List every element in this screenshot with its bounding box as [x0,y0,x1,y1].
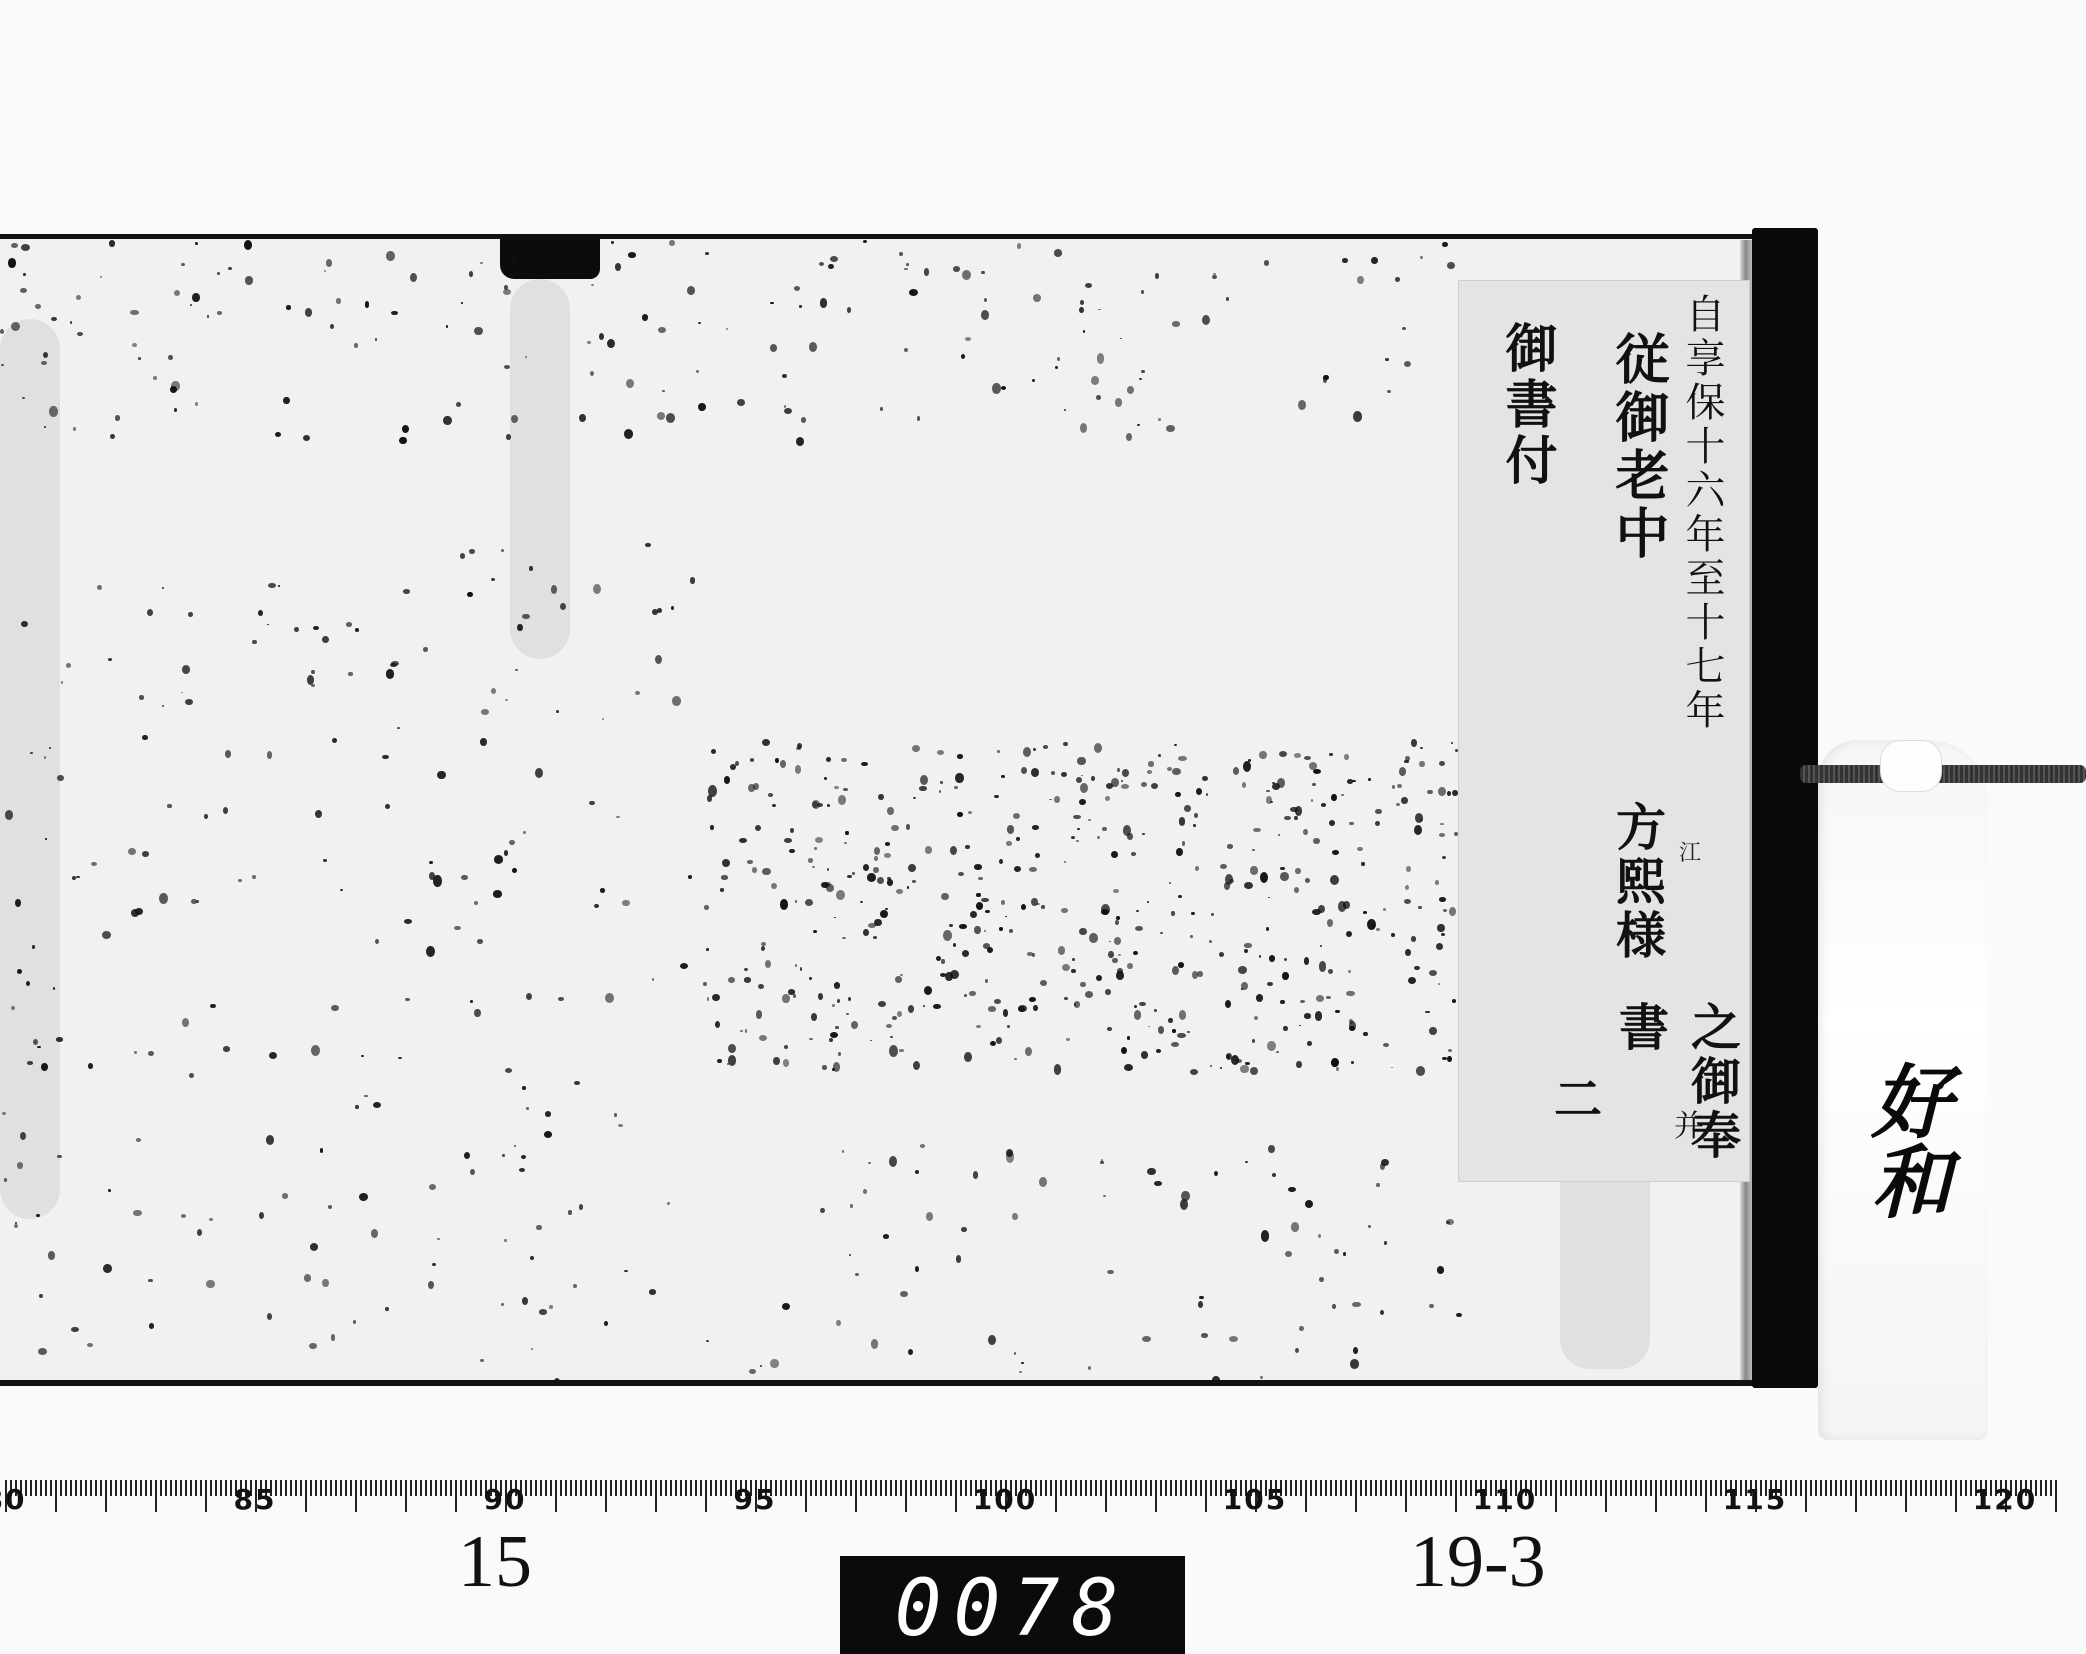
title-line-recipient: 方熙様 [1601,801,1673,963]
ruler-tick [1560,1480,1562,1496]
ruler-tick [1895,1480,1897,1496]
ruler-tick [560,1480,562,1496]
ruler-tick [1965,1480,1967,1496]
ruler-tick [1080,1480,1082,1496]
ruler-tick [1650,1480,1652,1496]
ruler-tick [1085,1480,1087,1496]
measurement-ruler: 80859095100105110115120 [0,1470,2086,1530]
ruler-tick [125,1480,127,1496]
ruler-tick [1365,1480,1367,1496]
ruler-tick [440,1480,442,1496]
ruler-tick [2040,1480,2042,1496]
ruler-tick [1710,1480,1712,1496]
ruler-tick [785,1480,787,1496]
ruler-tick [1640,1480,1642,1496]
ruler-tick [1090,1480,1092,1496]
ruler-tick [1045,1480,1047,1496]
ruler-tick [930,1480,932,1496]
ruler-tick [665,1480,667,1496]
ruler-tick [1675,1480,1677,1496]
ruler-tick [400,1480,402,1496]
ruler-tick [1200,1480,1202,1496]
ruler-tick [1405,1480,1407,1512]
ruler-tick [625,1480,627,1496]
ruler-tick [1960,1480,1962,1496]
ruler-tick [1860,1480,1862,1496]
ruler-tick [1580,1480,1582,1496]
ruler-tick [1610,1480,1612,1496]
ruler-tick [570,1480,572,1496]
ruler-tick [200,1480,202,1496]
ruler-tick [1425,1480,1427,1496]
ruler-tick [950,1480,952,1496]
ruler-tick [1850,1480,1852,1496]
ruler-tick [90,1480,92,1496]
ruler-tick [1835,1480,1837,1496]
ruler-tick [135,1480,137,1496]
ruler-tick [1370,1480,1372,1496]
ruler-tick [1420,1480,1422,1496]
ruler-tick [1865,1480,1867,1496]
title-line-main: 従御老中 [1601,331,1678,563]
ruler-tick [165,1480,167,1496]
ruler-tick [45,1480,47,1496]
ruler-label: 90 [484,1483,527,1516]
ruler-tick [475,1480,477,1496]
ruler-tick [170,1480,172,1496]
ruler-tick [1840,1480,1842,1496]
ruler-tick [865,1480,867,1496]
ruler-tick [710,1480,712,1496]
ruler-tick [835,1480,837,1496]
ruler-tick [390,1480,392,1496]
sequence-number-right: 19-3 [1410,1520,1546,1605]
ruler-tick [1315,1480,1317,1496]
ruler-label: 100 [973,1483,1037,1516]
ruler-label: 110 [1473,1483,1537,1516]
ruler-tick [115,1480,117,1496]
ruler-tick [1390,1480,1392,1496]
ruler-tick [1050,1480,1052,1496]
ruler-tick [1625,1480,1627,1496]
ruler-tick [1620,1480,1622,1496]
ruler-tick [340,1480,342,1496]
ruler-tick [1790,1480,1792,1496]
ruler-tick [380,1480,382,1496]
ruler-tick [535,1480,537,1496]
ruler-tick [815,1480,817,1496]
ruler-tick [2055,1480,2057,1512]
ruler-tick [1820,1480,1822,1496]
ruler-tick [1110,1480,1112,1496]
ruler-tick [795,1480,797,1496]
ruler-tick [1175,1480,1177,1496]
title-label: 自享保十六年至十七年 従御老中 方熙様 江 之御奉書 并 御書付 二 [1458,280,1750,1182]
ruler-tick [290,1480,292,1496]
ruler-tick [355,1480,357,1512]
ruler-label: 105 [1223,1483,1287,1516]
ruler-tick [1615,1480,1617,1496]
ruler-tick [395,1480,397,1496]
ruler-tick [825,1480,827,1496]
ruler-tick [105,1480,107,1512]
ruler-tick [545,1480,547,1496]
ruler-tick [110,1480,112,1496]
ruler-tick [575,1480,577,1496]
ruler-tick [1460,1480,1462,1496]
ruler-tick [470,1480,472,1496]
ruler-tick [1555,1480,1557,1512]
ruler-tick [480,1480,482,1496]
cord-knot [1880,740,1942,792]
ruler-tick [925,1480,927,1496]
ruler-tick [1155,1480,1157,1512]
ruler-tick [1680,1480,1682,1496]
ruler-tick [220,1480,222,1496]
ruler-tick [640,1480,642,1496]
ruler-tick [310,1480,312,1496]
ruler-tick [830,1480,832,1496]
ruler-tick [585,1480,587,1496]
ruler-tick [455,1480,457,1512]
ruler-tick [1925,1480,1927,1496]
ruler-tick [965,1480,967,1496]
ruler-tick [210,1480,212,1496]
ruler-tick [1320,1480,1322,1496]
ruler-tick [875,1480,877,1496]
ruler-tick [1040,1480,1042,1496]
ruler-tick [1815,1480,1817,1496]
ruler-tick [1400,1480,1402,1496]
ruler-tick [635,1480,637,1496]
ruler-tick [1340,1480,1342,1496]
ruler-tick [1205,1480,1207,1512]
ruler-tick [1655,1480,1657,1512]
ruler-tick [1805,1480,1807,1512]
ruler-tick [1375,1480,1377,1496]
ruler-tick [1830,1480,1832,1496]
ruler-tick [610,1480,612,1496]
ruler-tick [1825,1480,1827,1496]
ruler-tick [685,1480,687,1496]
ruler-tick [140,1480,142,1496]
ruler-tick [1645,1480,1647,1496]
ruler-tick [1380,1480,1382,1496]
ruler-tick [1065,1480,1067,1496]
ruler-tick [1870,1480,1872,1496]
ruler-tick [320,1480,322,1496]
ruler-tick [415,1480,417,1496]
ruler-tick [450,1480,452,1496]
ruler-tick [1590,1480,1592,1496]
ruler-tick [900,1480,902,1496]
ruler-tick [65,1480,67,1496]
ruler-tick [1305,1480,1307,1512]
ruler-tick [130,1480,132,1496]
ruler-tick [1795,1480,1797,1496]
ruler-tick [230,1480,232,1496]
ruler-tick [335,1480,337,1496]
water-stain [510,279,570,659]
ruler-tick [305,1480,307,1512]
water-stain [0,319,60,1219]
ruler-tick [460,1480,462,1496]
ruler-tick [800,1480,802,1496]
ruler-tick [70,1480,72,1496]
ruler-tick [295,1480,297,1496]
ruler-tick [1335,1480,1337,1496]
sequence-number-left: 15 [458,1520,532,1605]
ruler-tick [1915,1480,1917,1496]
ruler-tick [1125,1480,1127,1496]
ruler-label: 120 [1973,1483,2037,1516]
ruler-tick [1700,1480,1702,1496]
ruler-tick [330,1480,332,1496]
ruler-tick [1185,1480,1187,1496]
ruler-tick [885,1480,887,1496]
ruler-tick [1165,1480,1167,1496]
ruler-tick [580,1480,582,1496]
ruler-tick [1885,1480,1887,1496]
ruler-tick [1435,1480,1437,1496]
ruler-tick [695,1480,697,1496]
ruler-tick [910,1480,912,1496]
ruler-tick [1685,1480,1687,1496]
volume-number: 二 [1554,1061,1602,1130]
ruler-tick [880,1480,882,1496]
ruler-tick [1545,1480,1547,1496]
ruler-tick [915,1480,917,1496]
ruler-tick [370,1480,372,1496]
ruler-tick [1695,1480,1697,1496]
ruler-tick [160,1480,162,1496]
ruler-tick [805,1480,807,1512]
ruler-tick [2050,1480,2052,1496]
ruler-label: 80 [0,1483,26,1516]
ruler-label: 85 [234,1483,277,1516]
ruler-tick [555,1480,557,1512]
ruler-tick [955,1480,957,1512]
ruler-tick [425,1480,427,1496]
ruler-tick [1575,1480,1577,1496]
ruler-tick [215,1480,217,1496]
ruler-tick [970,1480,972,1496]
ruler-tick [1660,1480,1662,1496]
ruler-tick [55,1480,57,1512]
ruler-tick [1800,1480,1802,1496]
ruler-tick [75,1480,77,1496]
ruler-tick [1095,1480,1097,1496]
ruler-tick [1210,1480,1212,1496]
ruler-tick [1970,1480,1972,1496]
ruler-tick [1060,1480,1062,1496]
ruler-tick [1325,1480,1327,1496]
ruler-tick [225,1480,227,1496]
ruler-tick [325,1480,327,1496]
ruler-tick [660,1480,662,1496]
ruler-tick [1470,1480,1472,1496]
ruler-tick [420,1480,422,1496]
ruler-tick [1415,1480,1417,1496]
ruler-tick [1385,1480,1387,1496]
ruler-tick [1810,1480,1812,1496]
ruler-tick [670,1480,672,1496]
ruler-tick [1905,1480,1907,1512]
title-annotation: 并 [1674,1101,1704,1145]
ruler-tick [1330,1480,1332,1496]
ruler-tick [675,1480,677,1496]
ruler-tick [1220,1480,1222,1496]
ruler-tick [850,1480,852,1496]
title-line-continuation: 之御奉書 [1604,1001,1748,1181]
ruler-tick [1445,1480,1447,1496]
ruler-tick [95,1480,97,1496]
title-line-dates: 自享保十六年至十七年 [1674,293,1731,733]
ruler-tick [280,1480,282,1496]
ruler-tick [360,1480,362,1496]
frame-counter: 0078 [840,1556,1185,1654]
ruler-tick [1395,1480,1397,1496]
ruler-tick [895,1480,897,1496]
ruler-tick [445,1480,447,1496]
ruler-tick [195,1480,197,1496]
ruler-tick [1130,1480,1132,1496]
ruler-tick [40,1480,42,1496]
ruler-tick [1100,1480,1102,1496]
ruler-tick [705,1480,707,1512]
ruler-tick [1950,1480,1952,1496]
tie-cord [1800,765,2086,783]
ruler-tick [645,1480,647,1496]
ruler-tick [655,1480,657,1512]
ruler-tick [1910,1480,1912,1496]
ruler-tick [940,1480,942,1496]
ruler-tick [590,1480,592,1496]
ruler-tick [600,1480,602,1496]
ruler-tick [1670,1480,1672,1496]
ruler-tick [1940,1480,1942,1496]
ruler-tick [2045,1480,2047,1496]
ruler-label: 95 [734,1483,777,1516]
ruler-tick [1310,1480,1312,1496]
ruler-tick [1855,1480,1857,1512]
ruler-tick [1570,1480,1572,1496]
ruler-tick [1845,1480,1847,1496]
ruler-tick [1595,1480,1597,1496]
ruler-tick [1295,1480,1297,1496]
ruler-tick [540,1480,542,1496]
ruler-tick [435,1480,437,1496]
ruler-tick [790,1480,792,1496]
ruler-tick [620,1480,622,1496]
ruler-tick [315,1480,317,1496]
ruler-tick [150,1480,152,1496]
ruler-tick [650,1480,652,1496]
ruler-tick [180,1480,182,1496]
ruler-tick [890,1480,892,1496]
ruler-tick [1055,1480,1057,1512]
ruler-tick [935,1480,937,1496]
ruler-tick [1190,1480,1192,1496]
ruler-tick [1900,1480,1902,1496]
ruler-tick [1920,1480,1922,1496]
ruler-tick [350,1480,352,1496]
ruler-tick [410,1480,412,1496]
ruler-tick [1665,1480,1667,1496]
ruler-tick [845,1480,847,1496]
ruler-tick [365,1480,367,1496]
ruler-tick [80,1480,82,1496]
ruler-tick [405,1480,407,1512]
ruler-tick [185,1480,187,1496]
ruler-tick [1355,1480,1357,1512]
ruler-tick [60,1480,62,1496]
ruler-tick [960,1480,962,1496]
ruler-tick [920,1480,922,1496]
ruler-tick [870,1480,872,1496]
ruler-tick [1930,1480,1932,1496]
ruler-tick [715,1480,717,1496]
ruler-tick [1350,1480,1352,1496]
ruler-tick [1600,1480,1602,1496]
ruler-tick [860,1480,862,1496]
ruler-tick [1605,1480,1607,1512]
ruler-tick [1105,1480,1107,1512]
ruler-tick [530,1480,532,1496]
ruler-tick [565,1480,567,1496]
ruler-tick [1430,1480,1432,1496]
ruler-tick [1120,1480,1122,1496]
ruler-tick [1630,1480,1632,1496]
ruler-tick [35,1480,37,1496]
ruler-tick [100,1480,102,1496]
ruler-tick [1075,1480,1077,1496]
ruler-tick [1070,1480,1072,1496]
ruler-tick [680,1480,682,1496]
ruler-tick [730,1480,732,1496]
ruler-tick [780,1480,782,1496]
ruler-tick [1955,1480,1957,1512]
ruler-tick [595,1480,597,1496]
ruler-tick [1360,1480,1362,1496]
ruler-tick [120,1480,122,1496]
ruler-tick [905,1480,907,1512]
ruler-label: 115 [1723,1483,1787,1516]
ruler-tick [1935,1480,1937,1496]
ruler-tick [1160,1480,1162,1496]
ruler-tick [1195,1480,1197,1496]
ruler-tick [1540,1480,1542,1496]
ruler-tick [1300,1480,1302,1496]
ruler-tick [1215,1480,1217,1496]
ruler-tick [85,1480,87,1496]
binding-spine [1752,228,1818,1388]
ruler-tick [465,1480,467,1496]
ruler-tick [1440,1480,1442,1496]
ruler-tick [385,1480,387,1496]
ruler-tick [375,1480,377,1496]
ruler-tick [1290,1480,1292,1496]
ruler-tick [1715,1480,1717,1496]
ruler-tick [1880,1480,1882,1496]
ruler-tick [810,1480,812,1496]
frame-number: 0078 [840,1564,1185,1654]
ruler-tick [1465,1480,1467,1496]
ruler-tick [690,1480,692,1496]
ruler-tick [145,1480,147,1496]
ruler-tick [945,1480,947,1496]
ruler-tick [550,1480,552,1496]
